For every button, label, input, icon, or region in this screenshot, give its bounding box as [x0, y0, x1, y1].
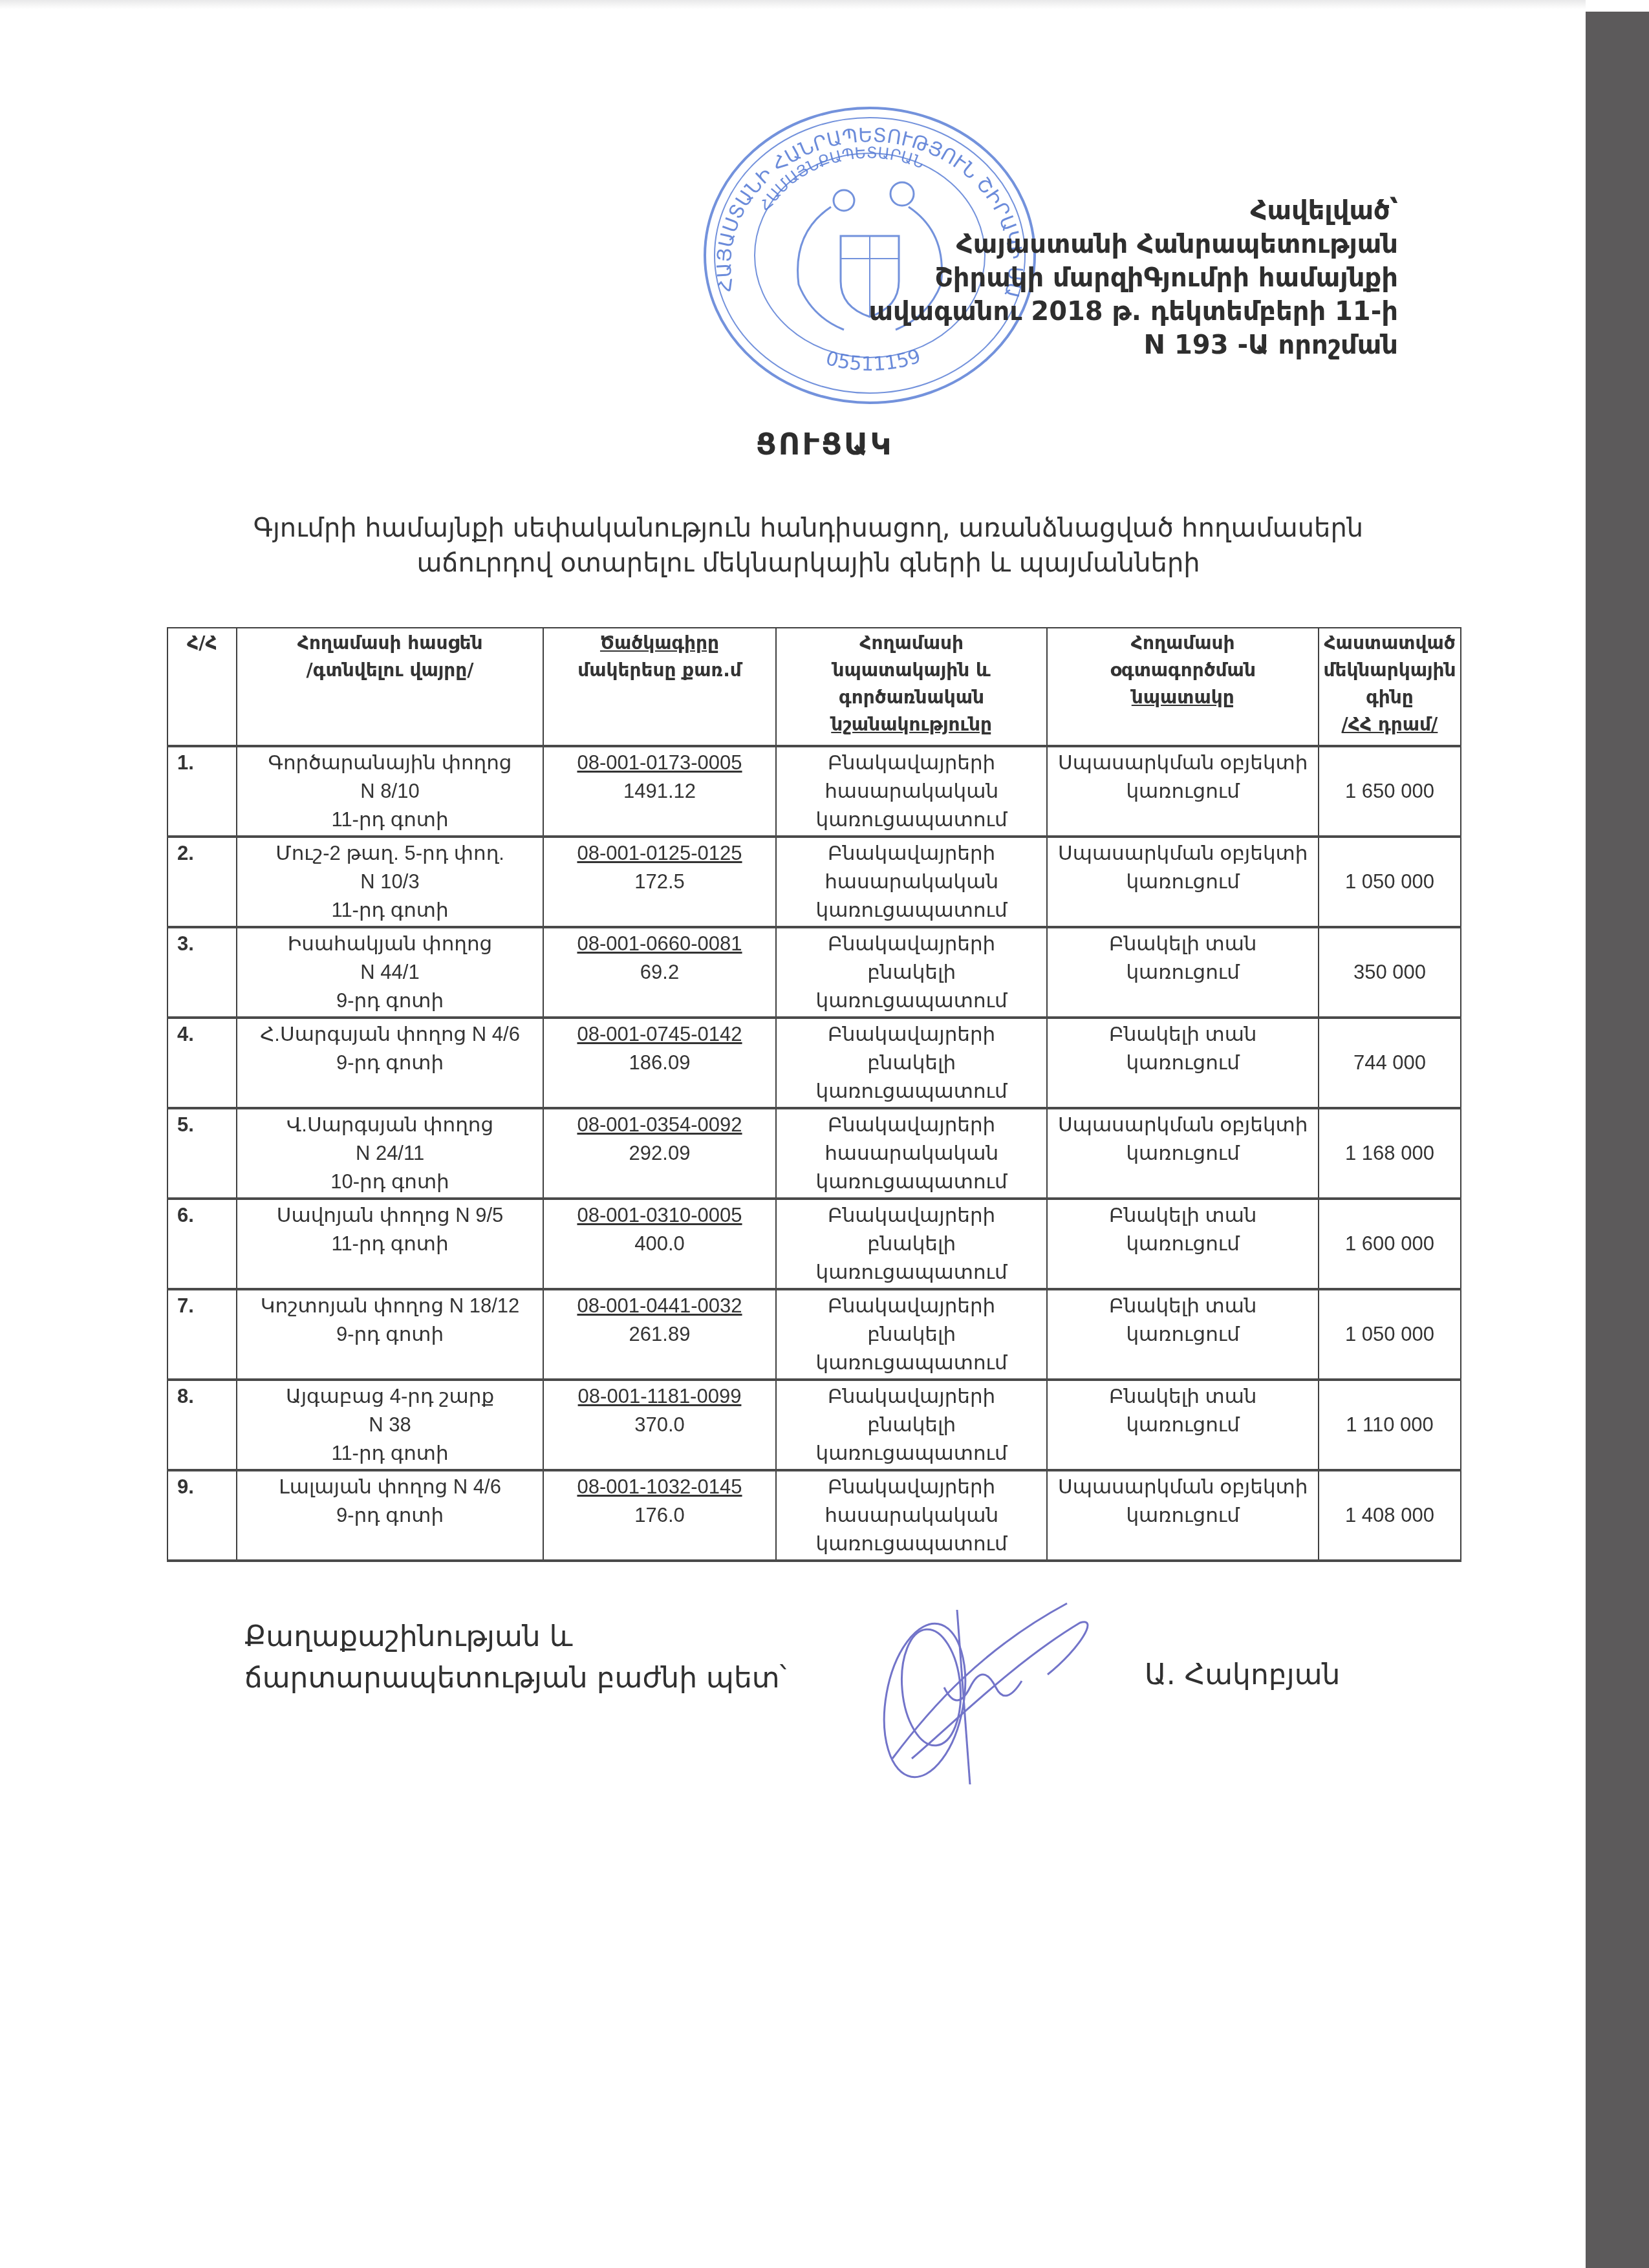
- designation-line: կառուցապատում: [781, 987, 1043, 1015]
- usage-cell: Բնակելի տանկառուցում: [1047, 1380, 1319, 1470]
- designation-line: կառուցապատում: [781, 1258, 1043, 1287]
- designation-cell: Բնակավայրերիբնակելիկառուցապատում: [776, 1199, 1048, 1289]
- cadastral-code: 08-001-0173-0005: [548, 749, 771, 777]
- usage-line: Բնակելի տան: [1051, 1292, 1314, 1320]
- column-header-line: նպատակը: [1051, 684, 1314, 711]
- designation-line: կառուցապատում: [781, 1077, 1043, 1106]
- table-header-row: Հ/ՀՀողամասի հասցեն/գտնվելու վայրը/Ծածկագ…: [167, 628, 1461, 746]
- plot-area: 1491.12: [548, 777, 771, 806]
- row-number-cell: 7.: [167, 1289, 237, 1380]
- designation-line: Բնակավայրերի: [781, 1292, 1043, 1320]
- column-header-line: նպատակային և: [781, 657, 1043, 684]
- designation-cell: Բնակավայրերիբնակելիկառուցապատում: [776, 1289, 1048, 1380]
- approval-line: Շիրակի մարզիԳյումրի համայնքի: [868, 261, 1398, 295]
- address-cell: Մուշ-2 թաղ. 5-րդ փող.N 10/311-րդ գոտի: [237, 837, 543, 927]
- subtitle-line-2: աճուրդով օտարելու մեկնարկային գների և պա…: [194, 546, 1423, 581]
- usage-cell: Սպասարկման օբյեկտիկառուցում: [1047, 746, 1319, 837]
- row-number: 2.: [177, 839, 232, 868]
- approval-line: Հայաստանի Հանրապետության: [868, 228, 1398, 261]
- table-row: 2.Մուշ-2 թաղ. 5-րդ փող.N 10/311-րդ գոտի0…: [167, 837, 1461, 927]
- row-number-cell: 5.: [167, 1108, 237, 1199]
- plot-area: 400.0: [548, 1230, 771, 1258]
- address-cell: Կոշտոյան փողոց N 18/129-րդ գոտի: [237, 1289, 543, 1380]
- column-header: Հողամասինպատակային ևգործառնականնշանակութ…: [776, 628, 1048, 746]
- column-header-line: Հ/Հ: [172, 630, 232, 657]
- usage-line: Սպասարկման օբյեկտի: [1051, 1111, 1314, 1139]
- code-area-cell: 08-001-0354-0092292.09: [543, 1108, 776, 1199]
- plot-area: 172.5: [548, 868, 771, 896]
- subtitle-line-1: Գյումրի համայնքի սեփականություն հանդիսաց…: [194, 511, 1423, 546]
- column-header-line: մեկնարկային: [1323, 657, 1456, 684]
- starting-price: 744 000: [1323, 1049, 1456, 1077]
- usage-line: կառուցում: [1051, 1501, 1314, 1530]
- table-row: 5.Վ.Սարգսյան փողոցN 24/1110-րդ գոտի08-00…: [167, 1108, 1461, 1199]
- address-line: 9-րդ գոտի: [241, 1049, 539, 1077]
- position-line-2: ճարտարապետության բաժնի պետ՝: [244, 1658, 786, 1699]
- price-cell: 1 050 000: [1319, 1289, 1461, 1380]
- designation-line: բնակելի: [781, 1049, 1043, 1077]
- usage-line: Սպասարկման օբյեկտի: [1051, 749, 1314, 777]
- table-body: 1.Գործարանային փողոցN 8/1011-րդ գոտի08-0…: [167, 746, 1461, 1561]
- address-line: Լալայան փողոց N 4/6: [241, 1473, 539, 1501]
- usage-cell: Բնակելի տանկառուցում: [1047, 1289, 1319, 1380]
- column-header: Հ/Հ: [167, 628, 237, 746]
- code-area-cell: 08-001-1032-0145176.0: [543, 1470, 776, 1561]
- address-cell: Իսահակյան փողոցN 44/19-րդ գոտի: [237, 927, 543, 1018]
- land-plots-table: Հ/ՀՀողամասի հասցեն/գտնվելու վայրը/Ծածկագ…: [167, 627, 1461, 1562]
- row-number-cell: 4.: [167, 1018, 237, 1108]
- column-header-line: Հողամասի հասցեն: [241, 630, 539, 657]
- address-cell: Գործարանային փողոցN 8/1011-րդ գոտի: [237, 746, 543, 837]
- usage-cell: Սպասարկման օբյեկտիկառուցում: [1047, 837, 1319, 927]
- address-cell: Լալայան փողոց N 4/69-րդ գոտի: [237, 1470, 543, 1561]
- usage-cell: Բնակելի տանկառուցում: [1047, 927, 1319, 1018]
- designation-cell: Բնակավայրերիբնակելիկառուցապատում: [776, 927, 1048, 1018]
- approval-line: ավագանու 2018 թ. դեկտեմբերի 11-ի: [868, 295, 1398, 328]
- plot-area: 292.09: [548, 1139, 771, 1168]
- designation-line: կառուցապատում: [781, 1349, 1043, 1377]
- price-cell: 1 408 000: [1319, 1470, 1461, 1561]
- usage-line: կառուցում: [1051, 777, 1314, 806]
- row-number: 8.: [177, 1382, 232, 1411]
- address-line: Սավոյան փողոց N 9/5: [241, 1201, 539, 1230]
- document-title: ՑՈՒՑԱԿ: [0, 427, 1649, 462]
- code-area-cell: 08-001-0745-0142186.09: [543, 1018, 776, 1108]
- address-line: N 38: [241, 1411, 539, 1439]
- address-line: Վ.Սարգսյան փողոց: [241, 1111, 539, 1139]
- usage-line: Բնակելի տան: [1051, 1201, 1314, 1230]
- starting-price: 1 600 000: [1323, 1230, 1456, 1258]
- usage-line: Սպասարկման օբյեկտի: [1051, 839, 1314, 868]
- designation-line: Բնակավայրերի: [781, 1201, 1043, 1230]
- address-line: Այգաբաց 4-րդ շարք: [241, 1382, 539, 1411]
- price-cell: 1 050 000: [1319, 837, 1461, 927]
- row-number: 5.: [177, 1111, 232, 1139]
- row-number: 7.: [177, 1292, 232, 1320]
- row-number-cell: 6.: [167, 1199, 237, 1289]
- designation-line: կառուցապատում: [781, 1439, 1043, 1468]
- designation-line: բնակելի: [781, 1411, 1043, 1439]
- address-cell: Սավոյան փողոց N 9/511-րդ գոտի: [237, 1199, 543, 1289]
- designation-line: Բնակավայրերի: [781, 1382, 1043, 1411]
- starting-price: 1 650 000: [1323, 777, 1456, 806]
- row-number: 6.: [177, 1201, 232, 1230]
- row-number: 3.: [177, 930, 232, 958]
- signatory-name: Ա. Հակոբյան: [1145, 1658, 1340, 1691]
- usage-line: Սպասարկման օբյեկտի: [1051, 1473, 1314, 1501]
- approval-block: Հավելված՝ Հայաստանի Հանրապետության Շիրակ…: [868, 194, 1398, 362]
- address-line: 10-րդ գոտի: [241, 1168, 539, 1196]
- address-line: Գործարանային փողոց: [241, 749, 539, 777]
- cadastral-code: 08-001-1032-0145: [548, 1473, 771, 1501]
- address-line: Մուշ-2 թաղ. 5-րդ փող.: [241, 839, 539, 868]
- signatory-position: Քաղաքաշինության և ճարտարապետության բաժնի…: [244, 1616, 786, 1699]
- address-line: 9-րդ գոտի: [241, 1320, 539, 1349]
- row-number: 9.: [177, 1473, 232, 1501]
- code-area-cell: 08-001-0310-0005400.0: [543, 1199, 776, 1289]
- column-header-line: գինը: [1323, 684, 1456, 711]
- column-header-line: /ՀՀ դրամ/: [1323, 711, 1456, 738]
- row-number-cell: 9.: [167, 1470, 237, 1561]
- price-cell: 744 000: [1319, 1018, 1461, 1108]
- designation-line: կառուցապատում: [781, 896, 1043, 925]
- table-row: 7.Կոշտոյան փողոց N 18/129-րդ գոտի08-001-…: [167, 1289, 1461, 1380]
- address-line: Կոշտոյան փողոց N 18/12: [241, 1292, 539, 1320]
- address-line: 11-րդ գոտի: [241, 1439, 539, 1468]
- row-number: 4.: [177, 1020, 232, 1049]
- price-cell: 1 600 000: [1319, 1199, 1461, 1289]
- designation-line: Բնակավայրերի: [781, 749, 1043, 777]
- column-header-line: մակերեսը քառ.մ: [548, 657, 771, 684]
- designation-line: կառուցապատում: [781, 1168, 1043, 1196]
- column-header-line: օգտագործման: [1051, 657, 1314, 684]
- price-cell: 1 168 000: [1319, 1108, 1461, 1199]
- table-row: 1.Գործարանային փողոցN 8/1011-րդ գոտի08-0…: [167, 746, 1461, 837]
- row-number-cell: 8.: [167, 1380, 237, 1470]
- column-header-line: Հողամասի: [781, 630, 1043, 657]
- designation-line: Բնակավայրերի: [781, 1473, 1043, 1501]
- address-line: Իսահակյան փողոց: [241, 930, 539, 958]
- column-header: Հողամասիօգտագործմաննպատակը: [1047, 628, 1319, 746]
- price-cell: 1 650 000: [1319, 746, 1461, 837]
- price-cell: 1 110 000: [1319, 1380, 1461, 1470]
- starting-price: 1 168 000: [1323, 1139, 1456, 1168]
- usage-cell: Բնակելի տանկառուցում: [1047, 1018, 1319, 1108]
- address-line: 11-րդ գոտի: [241, 806, 539, 834]
- price-cell: 350 000: [1319, 927, 1461, 1018]
- document-subtitle: Գյումրի համայնքի սեփականություն հանդիսաց…: [194, 511, 1423, 581]
- plot-area: 69.2: [548, 958, 771, 987]
- approval-line: Հավելված՝: [868, 194, 1398, 228]
- cadastral-code: 08-001-0354-0092: [548, 1111, 771, 1139]
- designation-line: Բնակավայրերի: [781, 930, 1043, 958]
- starting-price: 1 050 000: [1323, 1320, 1456, 1349]
- column-header-line: նշանակությունը: [781, 711, 1043, 738]
- cadastral-code: 08-001-0660-0081: [548, 930, 771, 958]
- address-line: 9-րդ գոտի: [241, 1501, 539, 1530]
- designation-line: հասարակական: [781, 777, 1043, 806]
- plot-area: 261.89: [548, 1320, 771, 1349]
- address-cell: Հ.Սարգսյան փողոց N 4/69-րդ գոտի: [237, 1018, 543, 1108]
- designation-line: Բնակավայրերի: [781, 1111, 1043, 1139]
- code-area-cell: 08-001-0173-00051491.12: [543, 746, 776, 837]
- column-header-line: /գտնվելու վայրը/: [241, 657, 539, 684]
- designation-line: կառուցապատում: [781, 806, 1043, 834]
- plot-area: 186.09: [548, 1049, 771, 1077]
- table-row: 6.Սավոյան փողոց N 9/511-րդ գոտի08-001-03…: [167, 1199, 1461, 1289]
- address-line: N 10/3: [241, 868, 539, 896]
- column-header: Ծածկագիրըմակերեսը քառ.մ: [543, 628, 776, 746]
- designation-cell: Բնակավայրերիբնակելիկառուցապատում: [776, 1380, 1048, 1470]
- scan-top-shadow: [0, 0, 1586, 9]
- row-number-cell: 3.: [167, 927, 237, 1018]
- position-line-1: Քաղաքաշինության և: [244, 1616, 786, 1658]
- starting-price: 350 000: [1323, 958, 1456, 987]
- designation-line: Բնակավայրերի: [781, 1020, 1043, 1049]
- usage-line: կառուցում: [1051, 868, 1314, 896]
- code-area-cell: 08-001-0441-0032261.89: [543, 1289, 776, 1380]
- designation-cell: Բնակավայրերիհասարակականկառուցապատում: [776, 1470, 1048, 1561]
- column-header: Հաստատվածմեկնարկայինգինը/ՀՀ դրամ/: [1319, 628, 1461, 746]
- usage-line: Բնակելի տան: [1051, 930, 1314, 958]
- address-line: 11-րդ գոտի: [241, 1230, 539, 1258]
- usage-line: կառուցում: [1051, 1411, 1314, 1439]
- row-number-cell: 1.: [167, 746, 237, 837]
- column-header: Հողամասի հասցեն/գտնվելու վայրը/: [237, 628, 543, 746]
- address-cell: Վ.Սարգսյան փողոցN 24/1110-րդ գոտի: [237, 1108, 543, 1199]
- starting-price: 1 110 000: [1323, 1411, 1456, 1439]
- usage-cell: Սպասարկման օբյեկտիկառուցում: [1047, 1470, 1319, 1561]
- usage-line: կառուցում: [1051, 958, 1314, 987]
- starting-price: 1 050 000: [1323, 868, 1456, 896]
- designation-line: հասարակական: [781, 1501, 1043, 1530]
- designation-line: հասարակական: [781, 868, 1043, 896]
- column-header-line: գործառնական: [781, 684, 1043, 711]
- approval-line: N 193 -Ա որոշման: [868, 328, 1398, 362]
- code-area-cell: 08-001-0125-0125172.5: [543, 837, 776, 927]
- cadastral-code: 08-001-0441-0032: [548, 1292, 771, 1320]
- usage-line: կառուցում: [1051, 1230, 1314, 1258]
- designation-line: կառուցապատում: [781, 1530, 1043, 1558]
- column-header-line: Հաստատված: [1323, 630, 1456, 657]
- designation-cell: Բնակավայրերիբնակելիկառուցապատում: [776, 1018, 1048, 1108]
- designation-line: Բնակավայրերի: [781, 839, 1043, 868]
- code-area-cell: 08-001-0660-008169.2: [543, 927, 776, 1018]
- address-line: Հ.Սարգսյան փողոց N 4/6: [241, 1020, 539, 1049]
- table-row: 8.Այգաբաց 4-րդ շարքN 3811-րդ գոտի08-001-…: [167, 1380, 1461, 1470]
- address-line: 9-րդ գոտի: [241, 987, 539, 1015]
- table-row: 9.Լալայան փողոց N 4/69-րդ գոտի08-001-103…: [167, 1470, 1461, 1561]
- address-line: N 44/1: [241, 958, 539, 987]
- table-row: 3.Իսահակյան փողոցN 44/19-րդ գոտի08-001-0…: [167, 927, 1461, 1018]
- cadastral-code: 08-001-0310-0005: [548, 1201, 771, 1230]
- starting-price: 1 408 000: [1323, 1501, 1456, 1530]
- designation-line: հասարակական: [781, 1139, 1043, 1168]
- usage-line: կառուցում: [1051, 1049, 1314, 1077]
- address-cell: Այգաբաց 4-րդ շարքN 3811-րդ գոտի: [237, 1380, 543, 1470]
- designation-cell: Բնակավայրերիհասարակականկառուցապատում: [776, 837, 1048, 927]
- cadastral-code: 08-001-0125-0125: [548, 839, 771, 868]
- row-number-cell: 2.: [167, 837, 237, 927]
- usage-line: կառուցում: [1051, 1320, 1314, 1349]
- scan-edge-bar: [1586, 12, 1649, 2268]
- designation-cell: Բնակավայրերիհասարակականկառուցապատում: [776, 1108, 1048, 1199]
- code-area-cell: 08-001-1181-0099370.0: [543, 1380, 776, 1470]
- column-header-line: Ծածկագիրը: [548, 630, 771, 657]
- address-line: N 8/10: [241, 777, 539, 806]
- address-line: 11-րդ գոտի: [241, 896, 539, 925]
- designation-line: բնակելի: [781, 1230, 1043, 1258]
- plot-area: 176.0: [548, 1501, 771, 1530]
- address-line: N 24/11: [241, 1139, 539, 1168]
- plot-area: 370.0: [548, 1411, 771, 1439]
- signature-icon: [854, 1590, 1177, 1784]
- usage-line: կառուցում: [1051, 1139, 1314, 1168]
- designation-line: բնակելի: [781, 1320, 1043, 1349]
- cadastral-code: 08-001-1181-0099: [548, 1382, 771, 1411]
- column-header-line: Հողամասի: [1051, 630, 1314, 657]
- designation-line: բնակելի: [781, 958, 1043, 987]
- designation-cell: Բնակավայրերիհասարակականկառուցապատում: [776, 746, 1048, 837]
- usage-cell: Սպասարկման օբյեկտիկառուցում: [1047, 1108, 1319, 1199]
- usage-cell: Բնակելի տանկառուցում: [1047, 1199, 1319, 1289]
- row-number: 1.: [177, 749, 232, 777]
- table-row: 4.Հ.Սարգսյան փողոց N 4/69-րդ գոտի08-001-…: [167, 1018, 1461, 1108]
- usage-line: Բնակելի տան: [1051, 1020, 1314, 1049]
- usage-line: Բնակելի տան: [1051, 1382, 1314, 1411]
- cadastral-code: 08-001-0745-0142: [548, 1020, 771, 1049]
